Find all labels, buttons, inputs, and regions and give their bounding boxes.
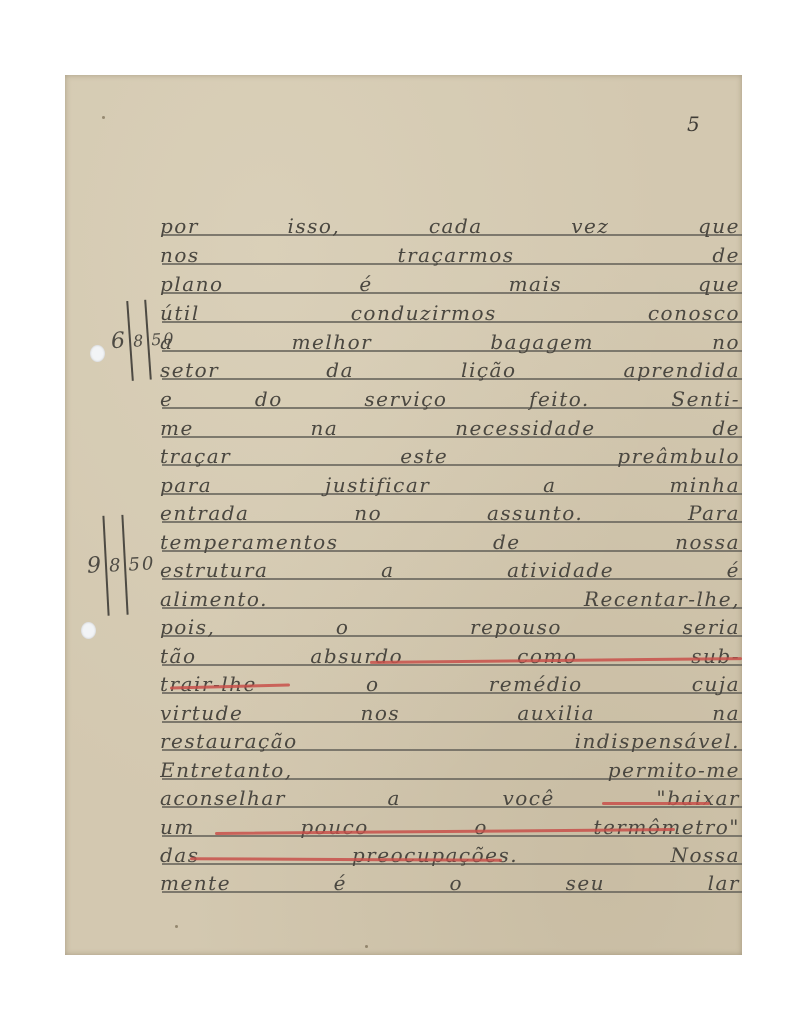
handwritten-line: setor da lição aprendida — [160, 357, 740, 383]
handwritten-line: e do serviço feito. Senti- — [160, 386, 740, 412]
handwritten-line: virtude nos auxilia na — [160, 700, 740, 726]
paper-speck — [102, 116, 105, 119]
handwritten-line: das preocupações. Nossa — [160, 842, 740, 868]
margin-date-2: 9850 — [84, 513, 157, 616]
handwritten-line: traçar este preâmbulo — [160, 443, 740, 469]
margin-date-day: 6 — [110, 328, 128, 354]
handwritten-line: por isso, cada vez que — [160, 213, 740, 239]
handwritten-line: um pouco o termômetro" — [160, 814, 740, 840]
red-underline-baixar — [602, 802, 710, 805]
handwritten-line: alimento. Recentar-lhe, — [160, 586, 740, 612]
handwritten-line: entrada no assunto. Para — [160, 500, 740, 526]
paper-speck — [175, 925, 178, 928]
margin-date-day: 9 — [86, 553, 103, 579]
margin-date-month: 8 — [132, 331, 145, 351]
manuscript-page: 5 6850 9850 por isso, cada vez que nos t… — [65, 75, 742, 955]
handwritten-line: temperamentos de nossa — [160, 529, 740, 555]
handwritten-line: me na necessidade de — [160, 415, 740, 441]
handwritten-line: a melhor bagagem no — [160, 329, 740, 355]
handwritten-line: útil conduzirmos conosco — [160, 300, 740, 326]
handwritten-line: Entretanto, permito-me — [160, 757, 740, 783]
handwritten-line: para justificar a minha — [160, 472, 740, 498]
handwritten-line: nos traçarmos de — [160, 242, 740, 268]
margin-date-month: 8 — [108, 555, 123, 577]
handwritten-line: aconselhar a você "baixar — [160, 785, 740, 811]
handwritten-line: plano é mais que — [160, 271, 740, 297]
paper-speck — [365, 945, 368, 948]
handwritten-line: mente é o seu lar — [160, 870, 740, 896]
page-number: 5 — [687, 112, 700, 136]
handwritten-line: estrutura a atividade é — [160, 557, 740, 583]
handwritten-line: restauração indispensável. — [160, 728, 740, 754]
handwritten-line: pois, o repouso seria — [160, 614, 740, 640]
handwritten-line: tão absurdo como sub- — [160, 643, 740, 669]
margin-date-year: 50 — [128, 553, 156, 575]
punch-hole-top — [90, 345, 105, 362]
punch-hole-bottom — [81, 622, 96, 639]
